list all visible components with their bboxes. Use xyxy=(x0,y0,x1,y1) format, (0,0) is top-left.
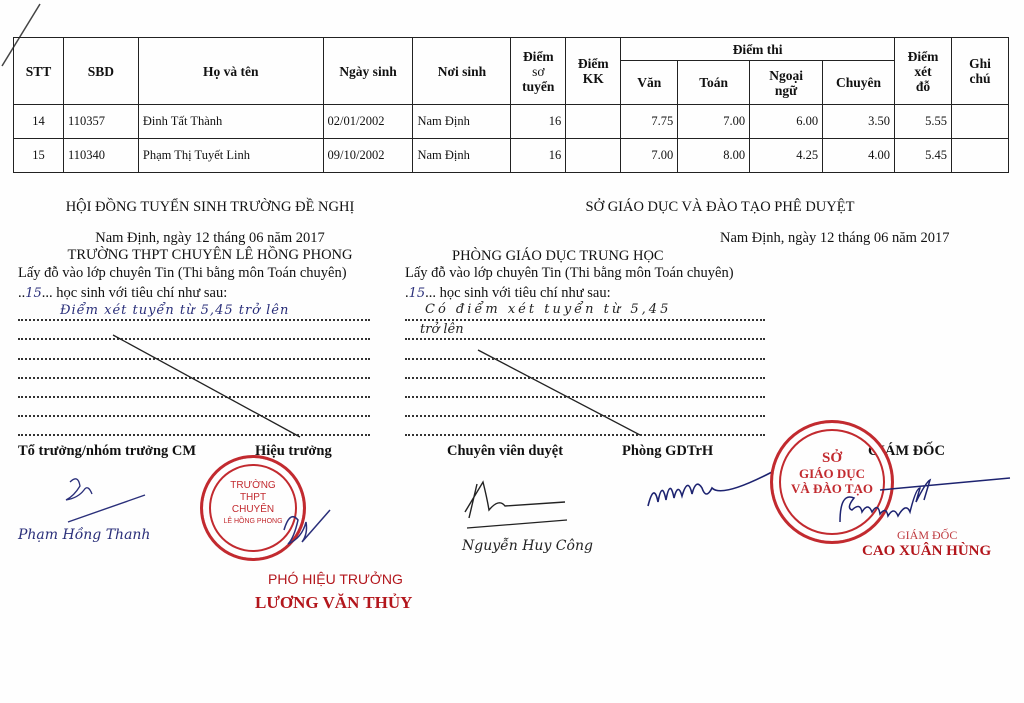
right-dotted-line xyxy=(405,338,765,340)
director-title: GIÁM ĐỐC xyxy=(897,528,957,543)
deputy-title: PHÓ HIỆU TRƯỞNG xyxy=(268,571,403,587)
left-sign-role-1: Tổ trưởng/nhóm trưởng CM xyxy=(18,443,196,460)
right-sign-role-2: Phòng GDTrH xyxy=(622,443,713,460)
signature-gdtrh xyxy=(640,470,780,520)
right-dotted-line xyxy=(405,396,765,398)
right-dotted-line xyxy=(405,434,765,436)
right-dotted-line xyxy=(405,415,765,417)
right-dotted-line xyxy=(405,377,765,379)
right-line1: Lấy đỗ vào lớp chuyên Tin (Thi bằng môn … xyxy=(405,265,734,282)
signature-director xyxy=(820,472,1020,532)
director-name: CAO XUÂN HÙNG xyxy=(862,543,991,560)
signature-principal xyxy=(270,500,340,560)
right-dotted-line xyxy=(405,319,765,321)
deputy-name: LƯƠNG VĂN THỦY xyxy=(255,593,412,613)
signer-name-right-1: Nguyễn Huy Công xyxy=(462,538,593,554)
signature-left-1 xyxy=(10,470,160,560)
right-line2: .15... học sinh với tiêu chí như sau: xyxy=(405,285,611,302)
right-count-handwritten: 15 xyxy=(409,286,426,301)
right-section-title: SỞ GIÁO DỤC VÀ ĐÀO TẠO PHÊ DUYỆT xyxy=(520,199,920,216)
right-criteria-handwritten-2: trở lên xyxy=(420,322,464,337)
right-sign-role-1: Chuyên viên duyệt xyxy=(447,443,563,460)
right-date: Nam Định, ngày 12 tháng 06 năm 2017 xyxy=(720,230,950,247)
signature-right-1 xyxy=(455,478,585,538)
strike-lines xyxy=(0,0,1024,703)
right-dept: PHÒNG GIÁO DỤC TRUNG HỌC xyxy=(452,248,664,265)
signer-name-left-1: Phạm Hồng Thanh xyxy=(18,527,150,543)
right-dotted-line xyxy=(405,358,765,360)
right-criteria-handwritten-1: Có điểm xét tuyển từ 5,45 xyxy=(425,302,671,317)
